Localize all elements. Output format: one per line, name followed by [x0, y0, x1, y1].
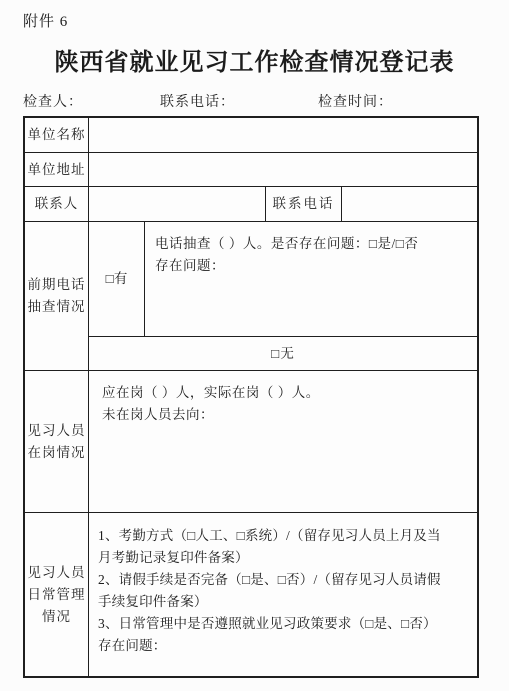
- unit-address-value: [89, 153, 477, 186]
- table-row-contact: 联系人 联系电话: [25, 187, 477, 222]
- phone-check-body: □有 电话抽查（ ）人。是否存在问题：□是/□否 存在问题： □无: [89, 222, 477, 370]
- table-row-phone-check: 前期电话 抽查情况 □有 电话抽查（ ）人。是否存在问题：□是/□否 存在问题：…: [25, 222, 477, 371]
- document-page: 附件 6 陕西省就业见习工作检查情况登记表 检查人： 联系电话： 检查时间： 单…: [0, 0, 509, 691]
- contact-phone-cell-value: [342, 187, 477, 221]
- attachment-label: 附件 6: [23, 10, 68, 31]
- page-title: 陕西省就业见习工作检查情况登记表: [0, 42, 509, 77]
- table-row-daily-management: 见习人员 日常管理 情况 1、考勤方式（□人工、□系统）/（留存见习人员上月及当…: [25, 513, 477, 676]
- table-row-unit-address: 单位地址: [25, 153, 477, 187]
- none-checkbox: □无: [89, 337, 477, 370]
- table-row-on-duty: 见习人员 在岗情况 应在岗（ ）人，实际在岗（ ）人。 未在岗人员去向：: [25, 371, 477, 513]
- contact-phone-cell-label: 联系电话: [266, 187, 342, 221]
- contact-phone-label: 联系电话：: [160, 91, 235, 111]
- unit-name-value: [89, 118, 477, 152]
- daily-management-label: 见习人员 日常管理 情况: [25, 513, 89, 676]
- contact-person-value: [89, 187, 266, 221]
- unit-address-label: 单位地址: [25, 153, 89, 186]
- unit-name-label: 单位名称: [25, 118, 89, 152]
- daily-management-content: 1、考勤方式（□人工、□系统）/（留存见习人员上月及当 月考勤记录复印件备案） …: [89, 513, 477, 676]
- has-checkbox: □有: [89, 222, 145, 336]
- registration-table: 单位名称 单位地址 联系人 联系电话 前期电话 抽查情况 □有 电话抽查（ ）人…: [23, 116, 479, 678]
- phone-check-content: 电话抽查（ ）人。是否存在问题：□是/□否 存在问题：: [145, 222, 477, 336]
- contact-person-label: 联系人: [25, 187, 89, 221]
- meta-row: 检查人： 联系电话： 检查时间：: [0, 91, 509, 109]
- table-row-unit-name: 单位名称: [25, 118, 477, 153]
- inspector-label: 检查人：: [23, 91, 83, 111]
- on-duty-label: 见习人员 在岗情况: [25, 371, 89, 512]
- inspection-time-label: 检查时间：: [318, 91, 393, 111]
- on-duty-content: 应在岗（ ）人，实际在岗（ ）人。 未在岗人员去向：: [89, 371, 477, 512]
- phone-check-label: 前期电话 抽查情况: [25, 222, 89, 370]
- phone-check-has-row: □有 电话抽查（ ）人。是否存在问题：□是/□否 存在问题：: [89, 222, 477, 337]
